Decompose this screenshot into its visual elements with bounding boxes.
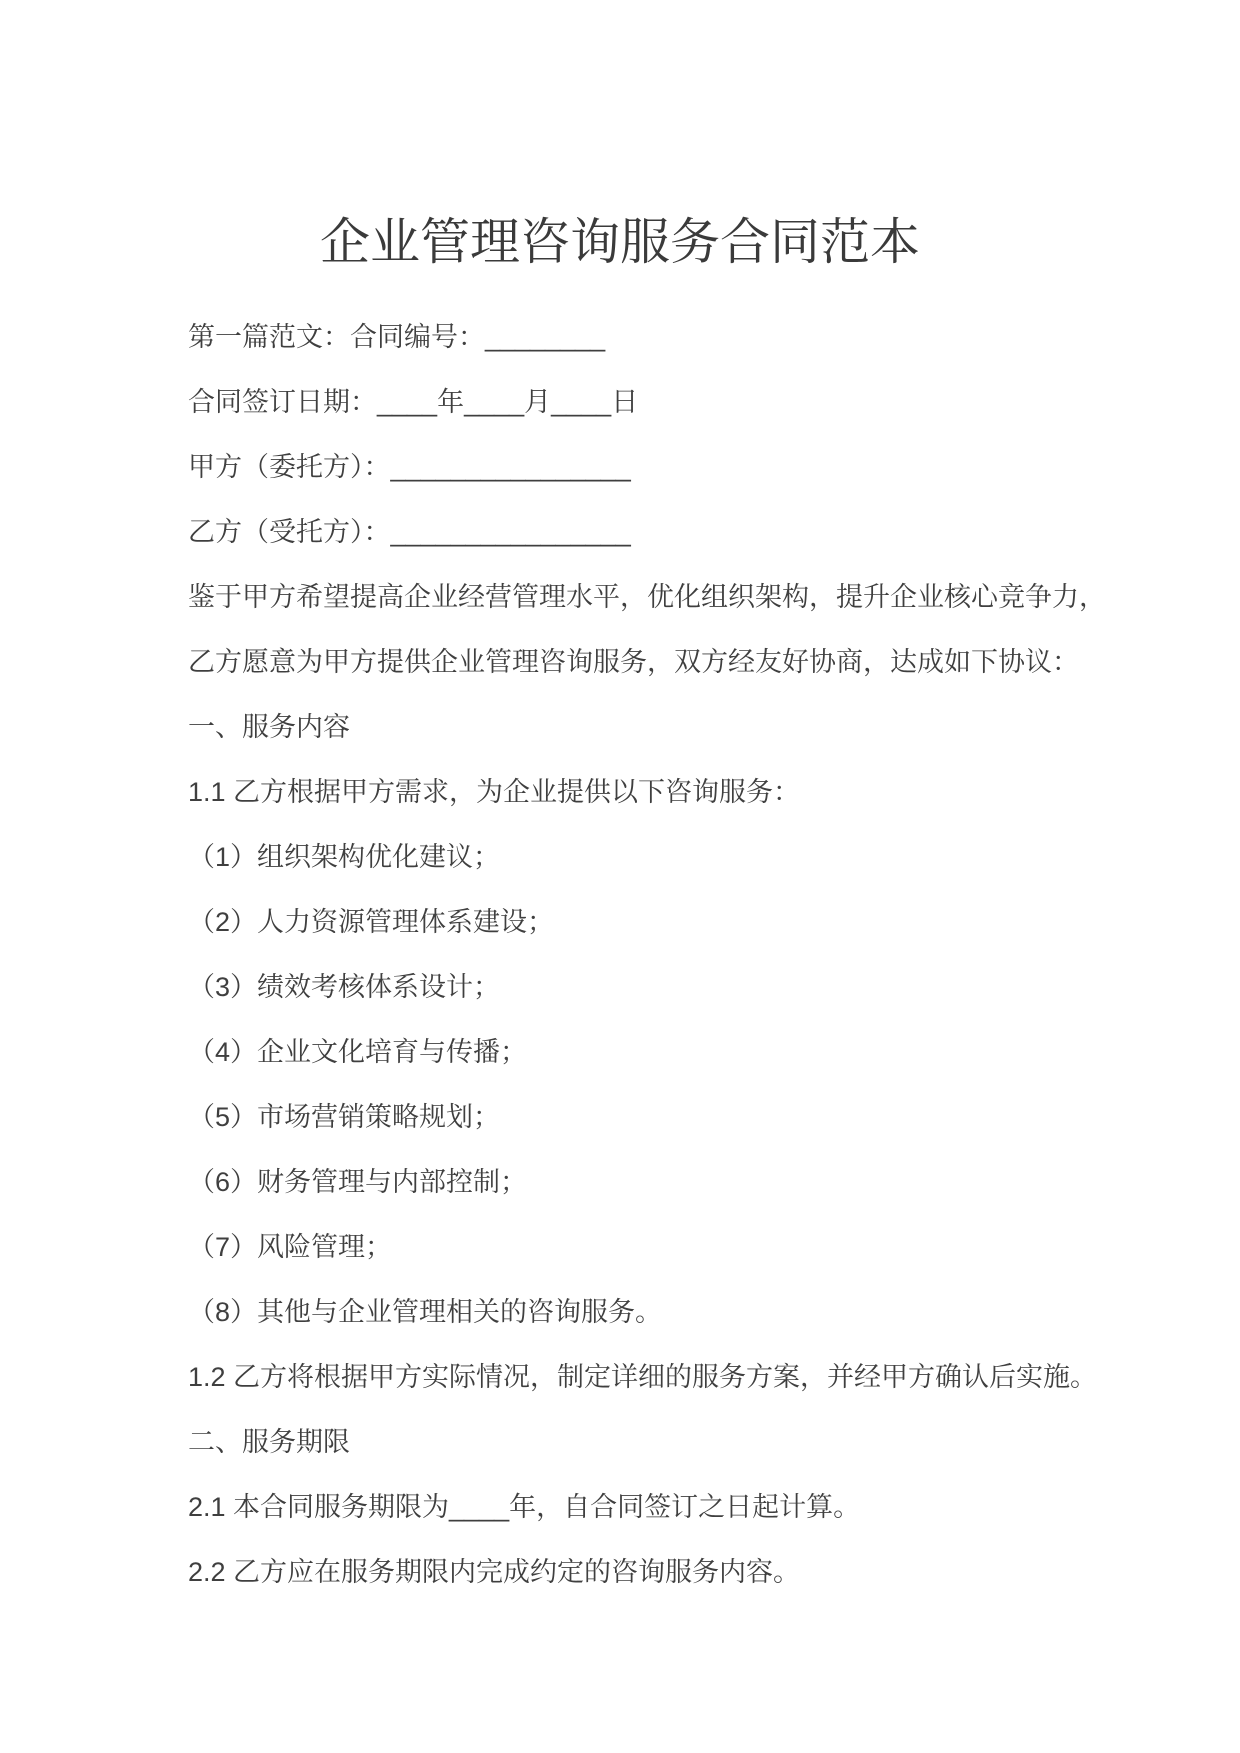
line-clause-1-1: 1.1 乙方根据甲方需求，为企业提供以下咨询服务： xyxy=(188,760,1180,825)
line-party-a: 甲方（委托方）：________________ xyxy=(188,435,1180,500)
line-service-item-1: （1）组织架构优化建议； xyxy=(188,825,1180,890)
line-service-item-2: （2）人力资源管理体系建设； xyxy=(188,890,1180,955)
line-clause-2-2: 2.2 乙方应在服务期限内完成约定的咨询服务内容。 xyxy=(188,1540,1180,1605)
line-service-item-6: （6）财务管理与内部控制； xyxy=(188,1150,1180,1215)
line-preamble-line-2: 乙方愿意为甲方提供企业管理咨询服务，双方经友好协商，达成如下协议： xyxy=(188,630,1180,695)
document-body: 第一篇范文：合同编号：________合同签订日期：____年____月____… xyxy=(188,305,1180,1605)
line-section-1-heading: 一、服务内容 xyxy=(188,695,1180,760)
line-service-item-7: （7）风险管理； xyxy=(188,1215,1180,1280)
line-sign-date: 合同签订日期：____年____月____日 xyxy=(188,370,1180,435)
line-preamble-line-1: 鉴于甲方希望提高企业经营管理水平，优化组织架构，提升企业核心竞争力， xyxy=(188,565,1180,630)
contract-document-page: 企业管理咨询服务合同范本 第一篇范文：合同编号：________合同签订日期：_… xyxy=(0,0,1240,1753)
line-service-item-3: （3）绩效考核体系设计； xyxy=(188,955,1180,1020)
line-section-2-heading: 二、服务期限 xyxy=(188,1410,1180,1475)
line-service-item-8: （8）其他与企业管理相关的咨询服务。 xyxy=(188,1280,1180,1345)
document-title: 企业管理咨询服务合同范本 xyxy=(0,212,1240,272)
line-intro-contract-number: 第一篇范文：合同编号：________ xyxy=(188,305,1180,370)
line-clause-2-1: 2.1 本合同服务期限为____年，自合同签订之日起计算。 xyxy=(188,1475,1180,1540)
line-service-item-4: （4）企业文化培育与传播； xyxy=(188,1020,1180,1085)
line-service-item-5: （5）市场营销策略规划； xyxy=(188,1085,1180,1150)
line-party-b: 乙方（受托方）：________________ xyxy=(188,500,1180,565)
line-clause-1-2: 1.2 乙方将根据甲方实际情况，制定详细的服务方案，并经甲方确认后实施。 xyxy=(188,1345,1180,1410)
